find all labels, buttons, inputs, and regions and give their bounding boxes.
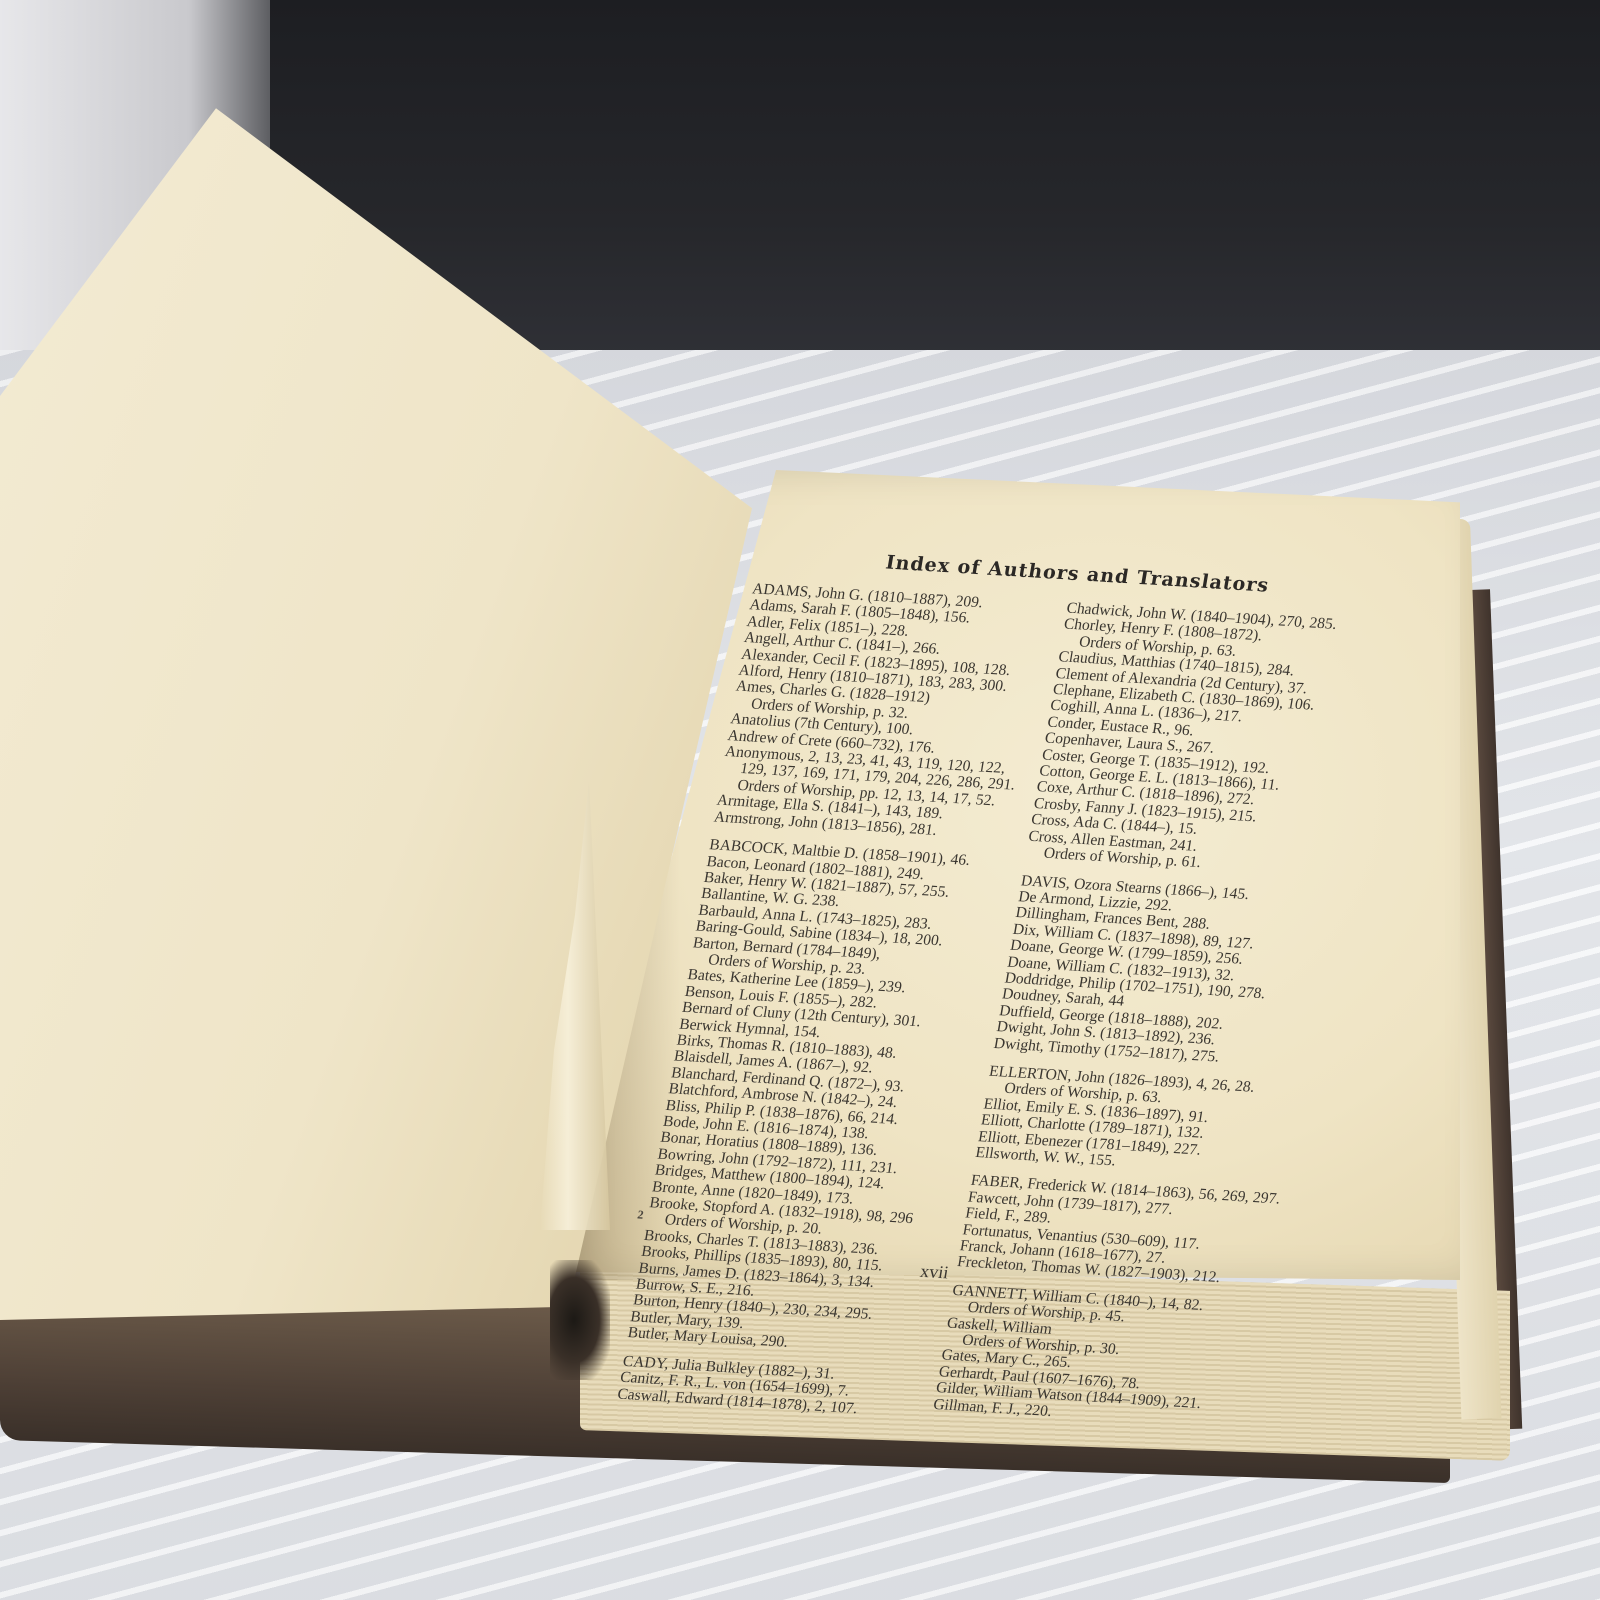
- photo-scene: Index of Authors and Translators ADAMS, …: [0, 0, 1600, 1600]
- page-number: xvii: [919, 1261, 950, 1284]
- spine-fold: [550, 1260, 610, 1380]
- signature-mark: 2: [636, 1208, 644, 1223]
